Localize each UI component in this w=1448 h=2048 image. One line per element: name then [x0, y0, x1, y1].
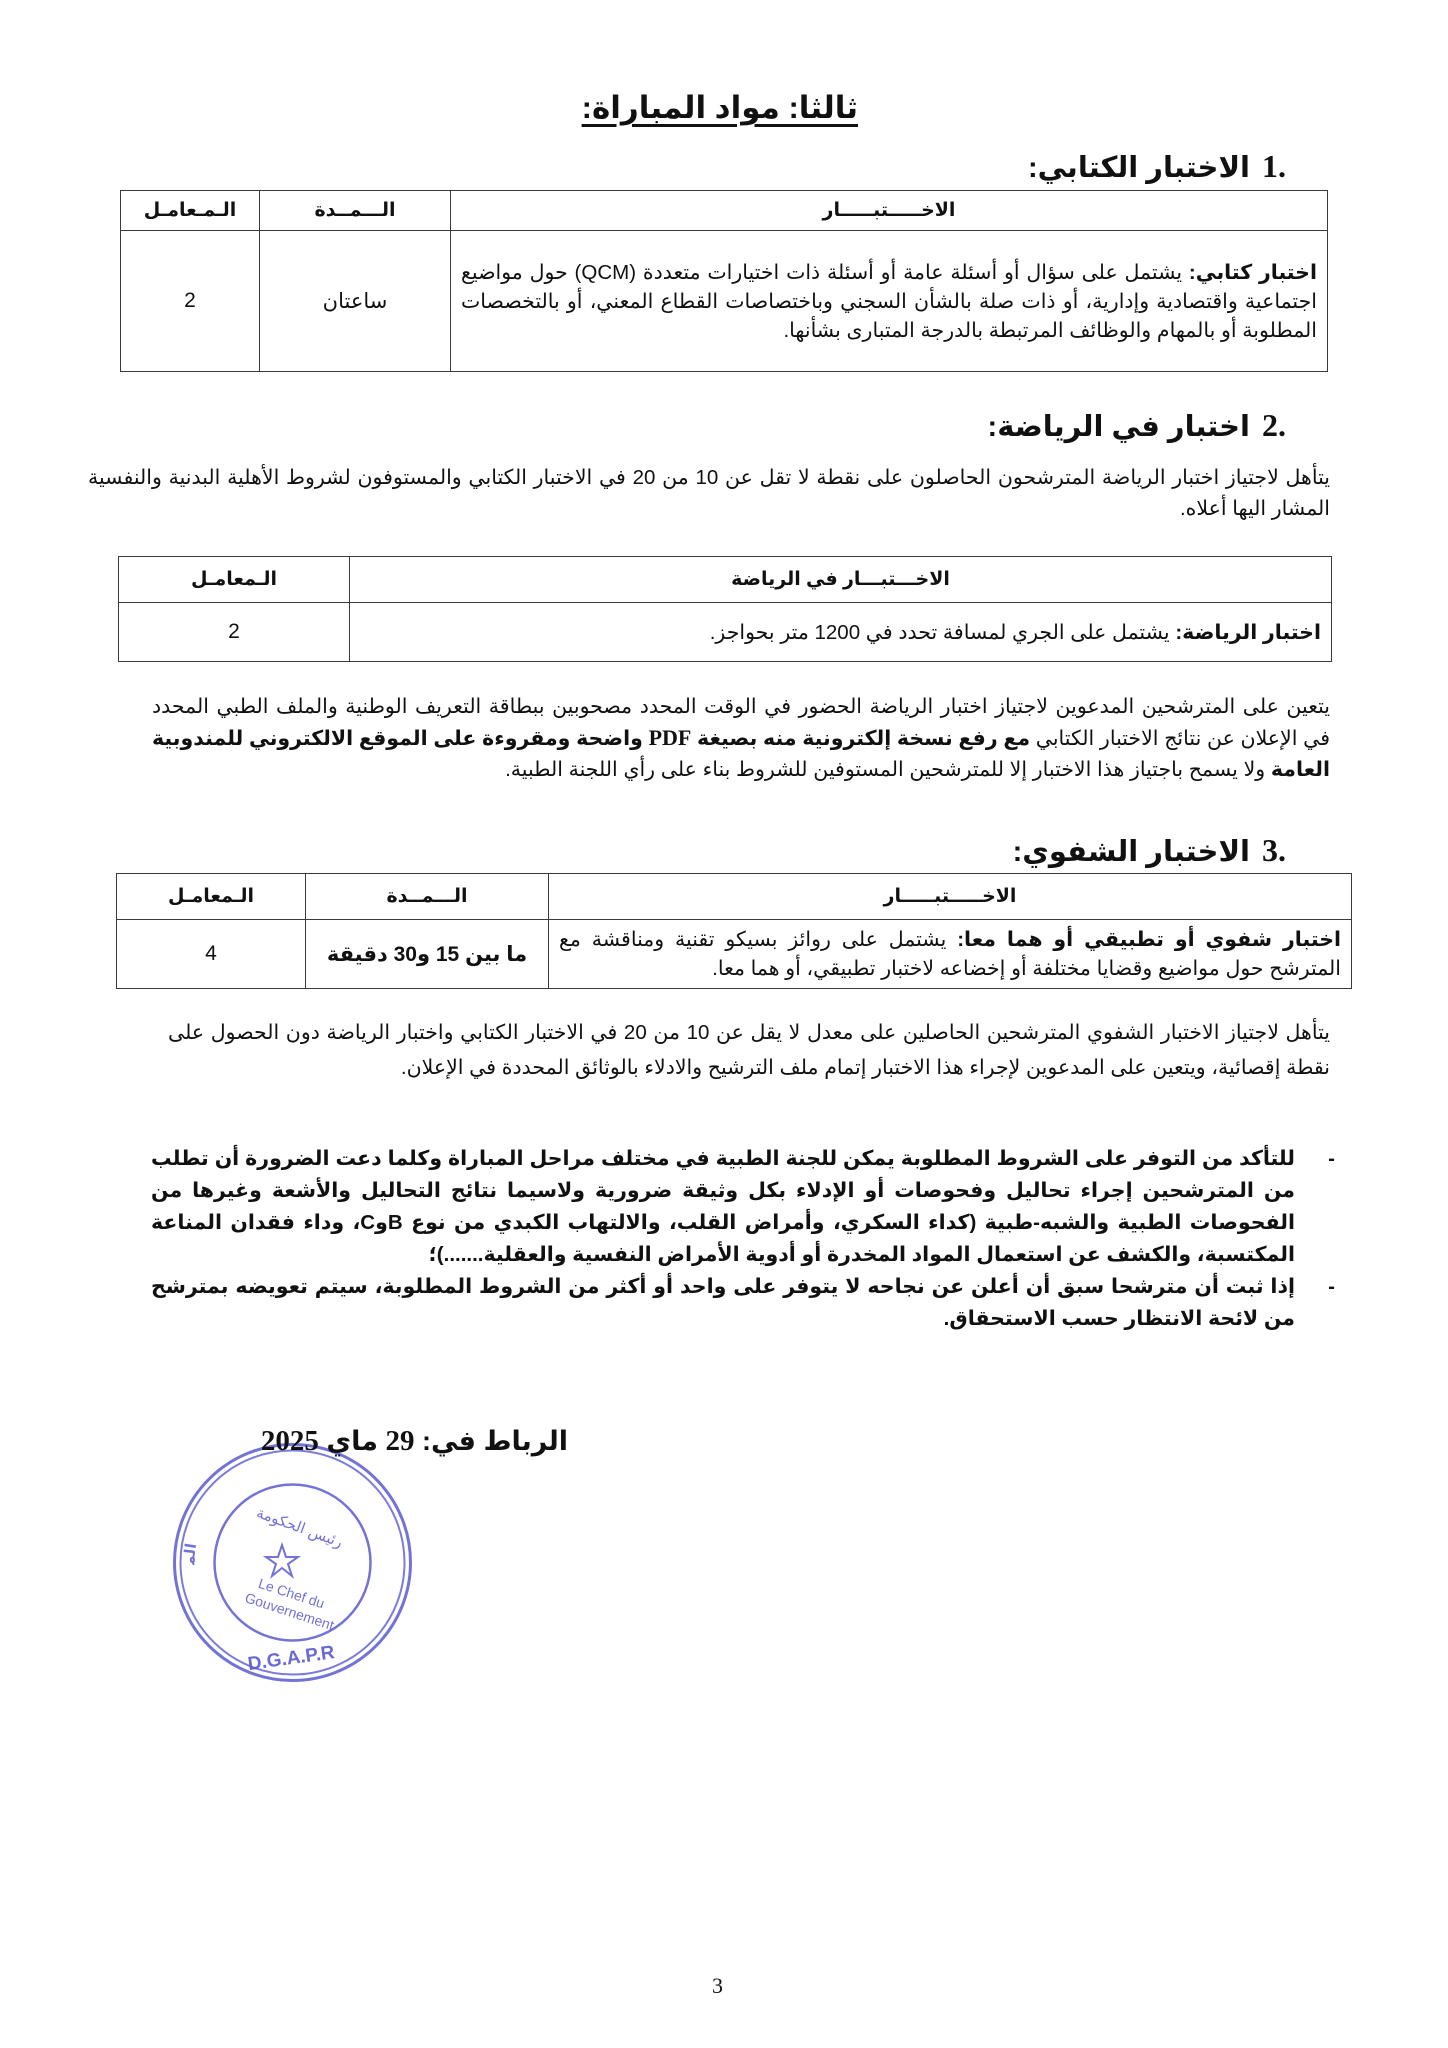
duration-cell: ساعتان — [260, 231, 451, 372]
date-place-line: الرباط في: 29 ماي 2025 — [261, 1425, 568, 1458]
stamp-inner-text-ar: رئيس الحكومة — [254, 1503, 345, 1551]
sports-attendance-note: يتعين على المترشحين المدعوين لاجتياز اخت… — [152, 691, 1330, 785]
section-1-number: 1. — [1262, 148, 1286, 185]
section-3-heading: 3.الاختبار الشفوي: — [1013, 832, 1286, 869]
test-description: يشتمل على الجري لمسافة تحدد في 1200 متر … — [710, 621, 1176, 644]
section-2-number: 2. — [1262, 407, 1286, 444]
date-month: ماي — [326, 1426, 378, 1456]
table-header-row: الاخـــــتبـــــار الـــمــدة الـمـعامـل — [121, 191, 1328, 231]
sports-test-table: الاخـــتبـــار في الرياضة الـمعامـل اختب… — [118, 556, 1332, 662]
oral-test-table: الاخـــــتبـــــار الـــمــدة الـمعامـل … — [116, 873, 1352, 989]
test-description-cell: اختبار الرياضة: يشتمل على الجري لمسافة ت… — [350, 603, 1332, 662]
table-row: اختبار شفوي أو تطبيقي أو هما معا: يشتمل … — [117, 920, 1352, 989]
test-lead: اختبار كتابي: — [1189, 261, 1317, 284]
coefficient-cell: 4 — [117, 920, 306, 989]
conditions-list: - للتأكد من التوفر على الشروط المطلوبة ي… — [151, 1143, 1335, 1335]
star-icon — [266, 1545, 298, 1576]
section-2-heading: 2.اختبار في الرياضة: — [988, 407, 1286, 444]
header-duration: الـــمــدة — [260, 191, 451, 231]
note-text-2: ولا يسمح باجتياز هذا الاختبار إلا للمترش… — [505, 758, 1271, 781]
sports-eligibility-paragraph: يتأهل لاجتياز اختبار الرياضة المترشحون ا… — [88, 462, 1330, 524]
bullet-text: للتأكد من التوفر على الشروط المطلوبة يمك… — [151, 1147, 1295, 1266]
written-test-table: الاخـــــتبـــــار الـــمــدة الـمـعامـل… — [120, 190, 1328, 372]
official-stamp: المندوبية العامة لإدارة السجون وإعادة ال… — [170, 1440, 415, 1685]
stamp-icon: المندوبية العامة لإدارة السجون وإعادة ال… — [170, 1440, 415, 1685]
note-bold-1: مع رفع نسخة إلكترونية منه بصيغة — [691, 727, 1030, 750]
test-lead: اختبار شفوي أو تطبيقي أو هما معا: — [957, 928, 1341, 951]
table-row: اختبار كتابي: يشتمل على سؤال أو أسئلة عا… — [121, 231, 1328, 372]
header-test: الاخـــــتبـــــار — [451, 191, 1328, 231]
coefficient-cell: 2 — [121, 231, 260, 372]
note-pdf: PDF — [649, 725, 692, 750]
section-2-title: اختبار في الرياضة: — [988, 411, 1250, 443]
header-test: الاخـــــتبـــــار — [549, 874, 1352, 920]
section-1-title: الاختبار الكتابي: — [1028, 152, 1250, 184]
duration-cell: ما بين 15 و30 دقيقة — [306, 920, 549, 989]
date-year: 2025 — [261, 1425, 319, 1457]
section-1-heading: 1.الاختبار الكتابي: — [1028, 148, 1286, 185]
date-day: 29 — [385, 1425, 414, 1457]
test-description-cell: اختبار كتابي: يشتمل على سؤال أو أسئلة عا… — [451, 231, 1328, 372]
page-title: ثالثا: مواد المباراة: — [582, 90, 858, 126]
table-row: اختبار الرياضة: يشتمل على الجري لمسافة ت… — [119, 603, 1332, 662]
table-header-row: الاخـــتبـــار في الرياضة الـمعامـل — [119, 557, 1332, 603]
section-3-number: 3. — [1262, 832, 1286, 869]
bullet-dash: - — [1328, 1143, 1335, 1175]
oral-eligibility-paragraph: يتأهل لاجتياز الاختبار الشفوي المترشحين … — [168, 1015, 1330, 1085]
table-header-row: الاخـــــتبـــــار الـــمــدة الـمعامـل — [117, 874, 1352, 920]
page-number: 3 — [712, 1973, 723, 1999]
test-lead: اختبار الرياضة: — [1175, 621, 1321, 644]
header-coefficient: الـمعامـل — [117, 874, 306, 920]
place-label: الرباط في: — [422, 1426, 568, 1456]
header-test: الاخـــتبـــار في الرياضة — [350, 557, 1332, 603]
header-coefficient: الـمـعامـل — [121, 191, 260, 231]
header-duration: الـــمــدة — [306, 874, 549, 920]
header-coefficient: الـمعامـل — [119, 557, 350, 603]
bullet-dash: - — [1328, 1271, 1335, 1303]
bullet-text: إذا ثبت أن مترشحا سبق أن أعلن عن نجاحه ل… — [151, 1275, 1295, 1330]
list-item: - إذا ثبت أن مترشحا سبق أن أعلن عن نجاحه… — [151, 1271, 1335, 1335]
coefficient-cell: 2 — [119, 603, 350, 662]
test-description-cell: اختبار شفوي أو تطبيقي أو هما معا: يشتمل … — [549, 920, 1352, 989]
section-3-title: الاختبار الشفوي: — [1013, 836, 1250, 868]
list-item: - للتأكد من التوفر على الشروط المطلوبة ي… — [151, 1143, 1335, 1271]
document-page: ثالثا: مواد المباراة: 1.الاختبار الكتابي… — [0, 0, 1448, 2048]
